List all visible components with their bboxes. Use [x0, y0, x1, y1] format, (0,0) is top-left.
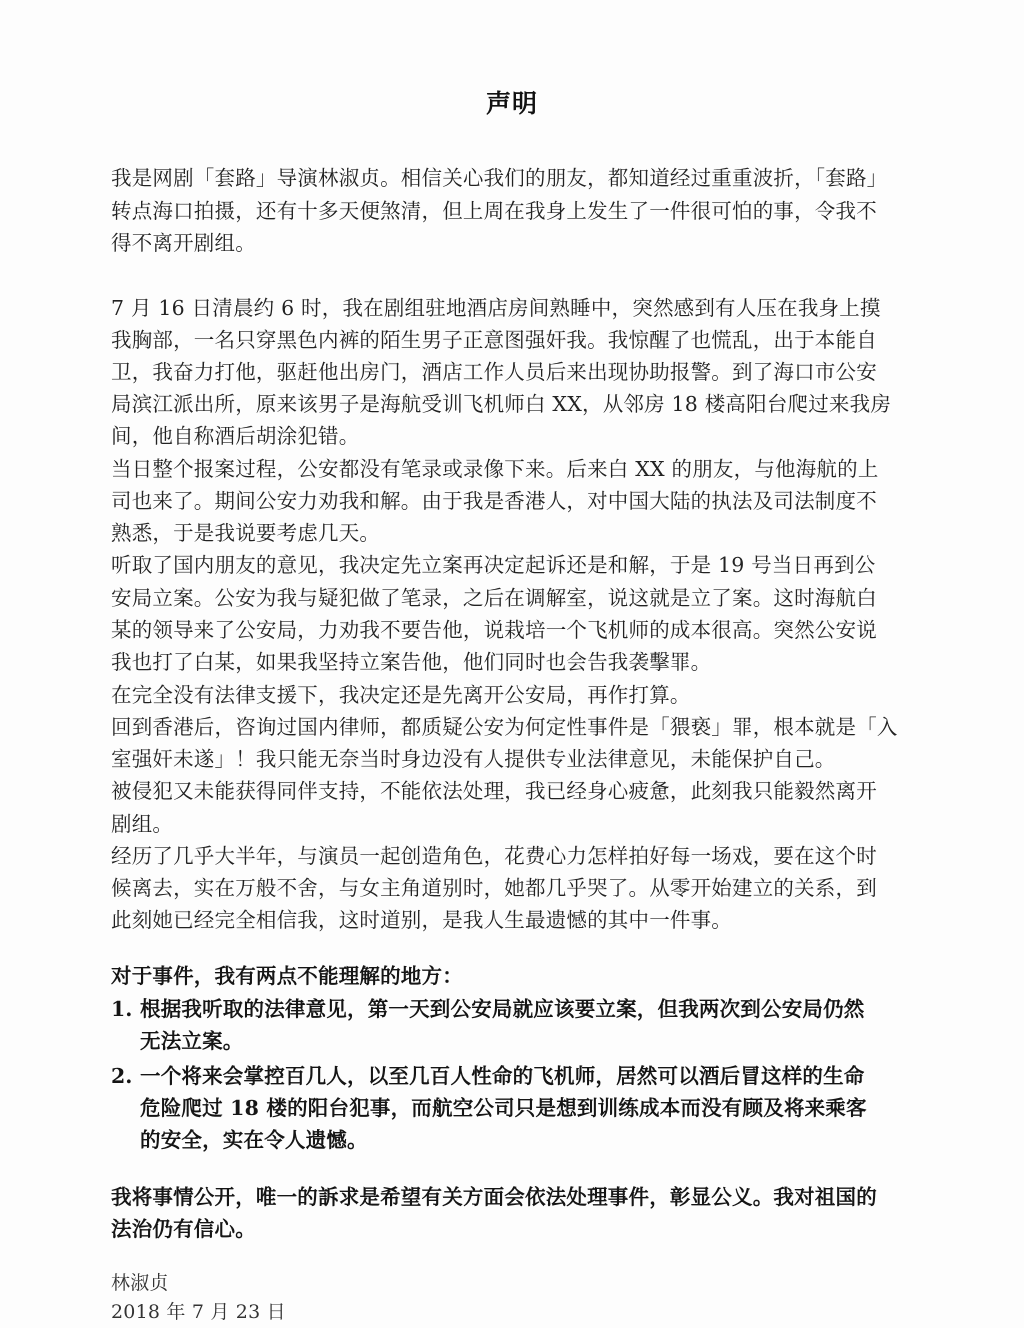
incident-line: 司也来了。期间公安力劝我和解。由于我是香港人，对中国大陆的执法及司法制度不	[111, 488, 877, 514]
question-line: 无法立案。	[140, 1028, 244, 1054]
incident-line: 当日整个报案过程，公安都没有笔录或录像下来。后来白 XX 的朋友，与他海航的上	[111, 456, 879, 482]
statement-document: 声明 我是网剧「套路」导演林淑贞。相信关心我们的朋友，都知道经过重重波折，「套路…	[0, 0, 1024, 1328]
incident-line: 回到香港后，咨询过国内律师，都质疑公安为何定性事件是「猥亵」罪，根本就是「入	[111, 714, 898, 740]
incident-line: 我胸部，一名只穿黑色内裤的陌生男子正意图强奸我。我惊醒了也慌乱，出于本能自	[111, 327, 877, 353]
incident-line: 卫，我奋力打他，驱赶他出房门，酒店工作人员后来出现协助报警。到了海口市公安	[111, 359, 877, 385]
document-title: 声明	[0, 84, 1024, 120]
incident-line: 安局立案。公安为我与疑犯做了笔录，之后在调解室，说这就是立了案。这时海航白	[111, 585, 877, 611]
incident-line: 7 月 16 日清晨约 6 时，我在剧组驻地酒店房间熟睡中，突然感到有人压在我身…	[111, 295, 881, 321]
question-line: 危险爬过 18 楼的阳台犯事，而航空公司只是想到训练成本而没有顾及将来乘客	[140, 1095, 867, 1121]
intro-line: 转点海口拍摄，还有十多天便煞清，但上周在我身上发生了一件很可怕的事，令我不	[111, 198, 877, 224]
incident-line: 熟悉，于是我说要考虑几天。	[111, 520, 380, 546]
incident-line: 被侵犯又未能获得同伴支持，不能依法处理，我已经身心疲惫，此刻我只能毅然离开	[111, 778, 877, 804]
incident-line: 某的领导来了公安局，力劝我不要告他，说栽培一个飞机师的成本很高。突然公安说	[111, 617, 877, 643]
question-number: 2.	[111, 1063, 132, 1089]
incident-line: 在完全没有法律支援下，我决定还是先离开公安局，再作打算。	[111, 682, 691, 708]
signature-name: 林淑贞	[111, 1270, 169, 1296]
questions-heading: 对于事件，我有两点不能理解的地方：	[111, 963, 463, 989]
incident-line: 室强奸未遂」！我只能无奈当时身边没有人提供专业法律意见，未能保护自己。	[111, 746, 836, 772]
incident-line: 剧组。	[111, 811, 173, 837]
closing-line: 我将事情公开，唯一的訴求是希望有关方面会依法处理事件，彰显公义。我对祖国的	[111, 1184, 877, 1210]
incident-line: 间，他自称酒后胡涂犯错。	[111, 423, 359, 449]
question-number: 1.	[111, 996, 132, 1022]
incident-line: 我也打了白某，如果我坚持立案告他，他们同时也会告我袭擊罪。	[111, 649, 711, 675]
question-line: 根据我听取的法律意见，第一天到公安局就应该要立案，但我两次到公安局仍然	[140, 996, 865, 1022]
incident-line: 候离去，实在万般不舍，与女主角道别时，她都几乎哭了。从零开始建立的关系，到	[111, 875, 877, 901]
incident-line: 听取了国内朋友的意见，我决定先立案再决定起诉还是和解，于是 19 号当日再到公	[111, 552, 875, 578]
closing-line: 法治仍有信心。	[111, 1216, 256, 1242]
question-line: 一个将来会掌控百几人，以至几百人性命的飞机师，居然可以酒后冒这样的生命	[140, 1063, 865, 1089]
intro-line: 我是网剧「套路」导演林淑贞。相信关心我们的朋友，都知道经过重重波折，「套路」	[111, 165, 887, 191]
signature-date: 2018 年 7 月 23 日	[111, 1299, 286, 1325]
question-line: 的安全，实在令人遗憾。	[140, 1127, 368, 1153]
intro-line: 得不离开剧组。	[111, 230, 256, 256]
incident-line: 经历了几乎大半年，与演员一起创造角色，花费心力怎样拍好每一场戏，要在这个时	[111, 843, 877, 869]
incident-line: 此刻她已经完全相信我，这时道别，是我人生最遗憾的其中一件事。	[111, 907, 732, 933]
incident-line: 局滨江派出所，原来该男子是海航受训飞机师白 XX，从邻房 18 楼高阳台爬过来我…	[111, 391, 891, 417]
